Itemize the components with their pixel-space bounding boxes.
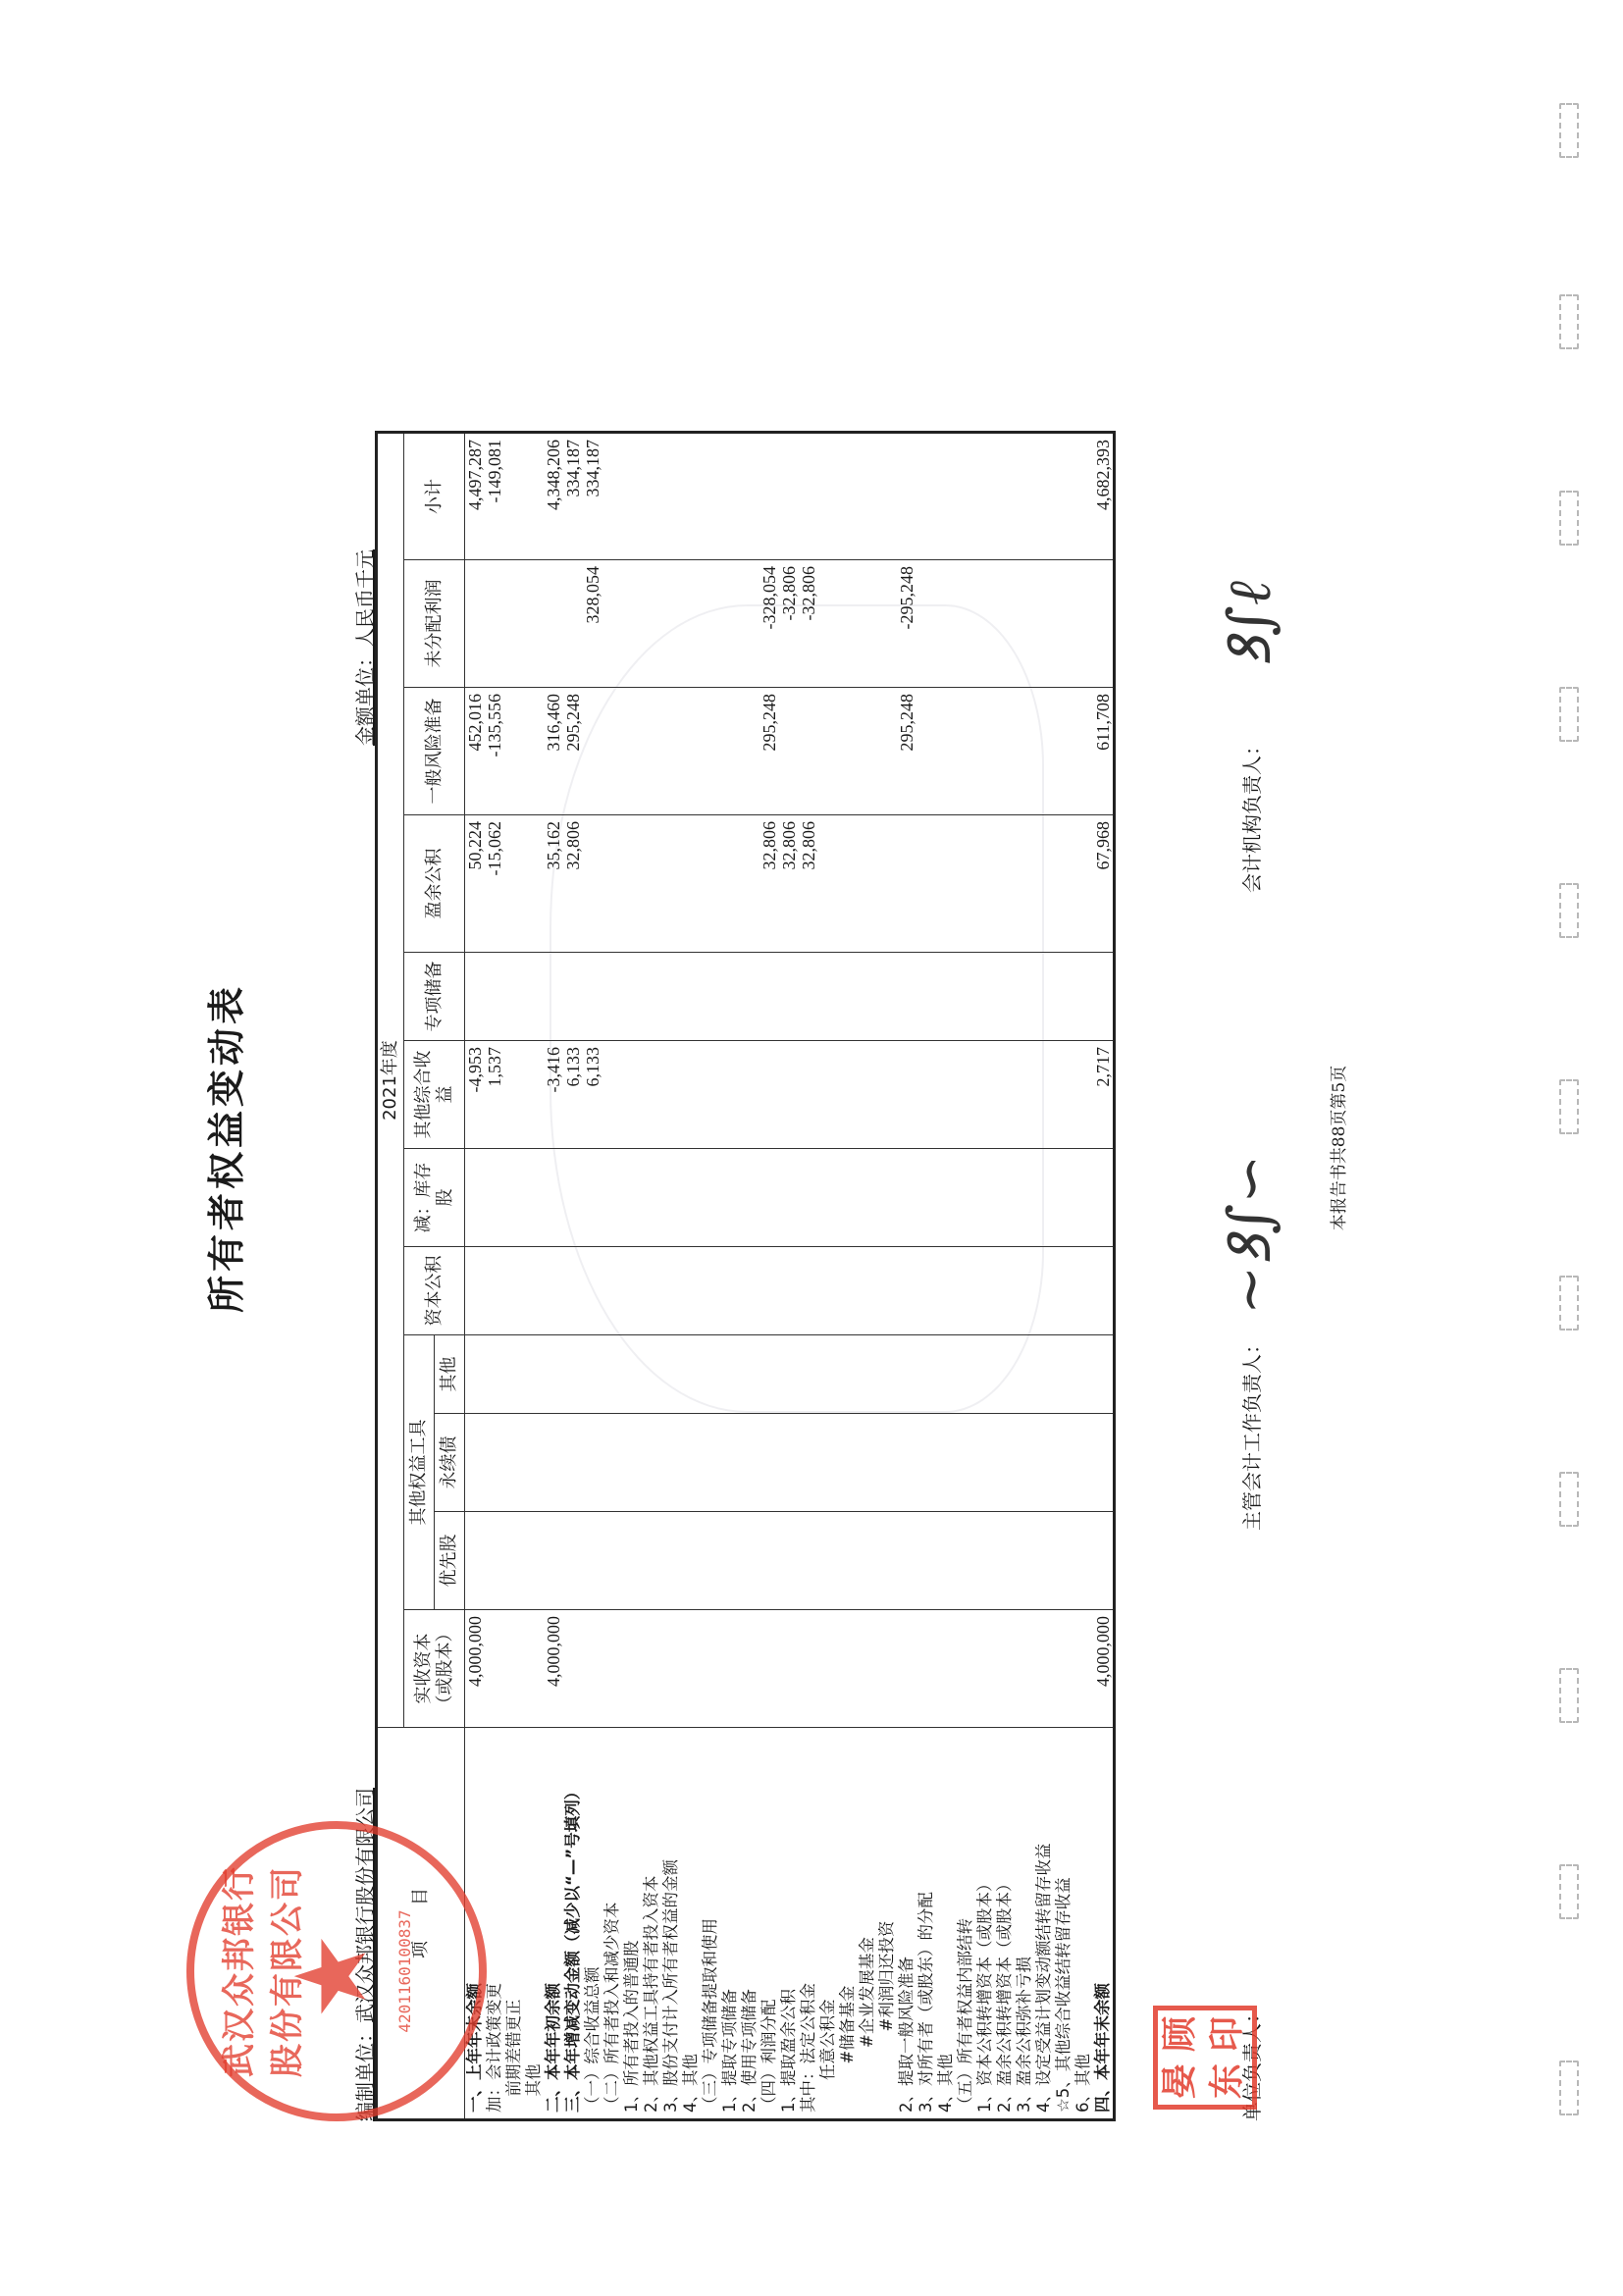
cell-oci [936, 1041, 956, 1149]
cell-treasury [759, 1149, 779, 1247]
cell-capital-reserve [1034, 1247, 1054, 1335]
cell-oci [1015, 1041, 1034, 1149]
cell-retained [1015, 560, 1034, 688]
cell-capital-reserve [799, 1247, 818, 1335]
table-row: 1、提取盈余公积32,806-32,806 [779, 433, 799, 2120]
row-label: 3、对所有者（或股东）的分配 [916, 1728, 936, 2120]
table-row: （三）专项储备提取和使用 [701, 433, 720, 2120]
row-label: 2、提取一般风险准备 [897, 1728, 916, 2120]
cell-subtotal [759, 433, 779, 560]
cell-special-reserve [661, 953, 681, 1041]
cell-subtotal [897, 433, 916, 560]
cell-other-instr [1073, 1335, 1093, 1414]
cell-special-reserve [1054, 953, 1073, 1041]
cell-preferred [779, 1512, 799, 1610]
cell-preferred [504, 1512, 524, 1610]
cell-surplus-reserve [701, 815, 720, 953]
cell-oci [701, 1041, 720, 1149]
cell-treasury [858, 1149, 877, 1247]
cell-paid-in-capital [956, 1610, 975, 1728]
table-row: 1、提取专项储备 [720, 433, 740, 2120]
cell-other-instr [701, 1335, 720, 1414]
cell-special-reserve [838, 953, 858, 1041]
cell-special-reserve [740, 953, 759, 1041]
cell-general-risk: 295,248 [897, 688, 916, 815]
cell-general-risk [661, 688, 681, 815]
cell-subtotal [779, 433, 799, 560]
cell-surplus-reserve [975, 815, 995, 953]
cell-special-reserve [858, 953, 877, 1041]
cell-general-risk [1054, 688, 1073, 815]
cell-capital-reserve [622, 1247, 642, 1335]
cell-oci [897, 1041, 916, 1149]
cell-paid-in-capital: 4,000,000 [1093, 1610, 1115, 1728]
cell-capital-reserve [897, 1247, 916, 1335]
table-row: 6、其他 [1073, 433, 1093, 2120]
cell-paid-in-capital [504, 1610, 524, 1728]
cell-surplus-reserve [858, 815, 877, 953]
cell-other-instr [504, 1335, 524, 1414]
chief-accountant-label: 主管会计工作负责人： [1240, 1334, 1264, 1531]
cell-retained [642, 560, 661, 688]
cell-general-risk [740, 688, 759, 815]
col-header-subtotal: 小计 [404, 433, 465, 560]
cell-other-instr [602, 1335, 622, 1414]
cell-general-risk: 316,460 [544, 688, 563, 815]
cell-capital-reserve [995, 1247, 1015, 1335]
cell-general-risk [681, 688, 701, 815]
cell-other-instr [877, 1335, 897, 1414]
cell-subtotal [720, 433, 740, 560]
cell-special-reserve [485, 953, 504, 1041]
cell-surplus-reserve [504, 815, 524, 953]
cell-capital-reserve [563, 1247, 583, 1335]
col-header-oci: 其他综合收益 [404, 1041, 465, 1149]
cell-treasury [701, 1149, 720, 1247]
cell-other-instr [524, 1335, 544, 1414]
cell-subtotal [1073, 433, 1093, 560]
cell-retained [602, 560, 622, 688]
cell-paid-in-capital [583, 1610, 602, 1728]
cell-perpetual [642, 1414, 661, 1512]
cell-retained [524, 560, 544, 688]
table-row: ☆5、其他综合收益结转留存收益 [1054, 433, 1073, 2120]
cell-paid-in-capital [995, 1610, 1015, 1728]
cell-special-reserve [975, 953, 995, 1041]
cell-other-instr [1054, 1335, 1073, 1414]
cell-other-instr [995, 1335, 1015, 1414]
cell-surplus-reserve [524, 815, 544, 953]
cell-surplus-reserve [1034, 815, 1054, 953]
cell-treasury [916, 1149, 936, 1247]
cell-preferred [642, 1512, 661, 1610]
cell-oci [799, 1041, 818, 1149]
row-label: 2、其他权益工具持有者投入资本 [642, 1728, 661, 2120]
row-label: 三、本年增减变动金额（减少以“—”号填列） [563, 1728, 583, 2120]
cell-paid-in-capital [858, 1610, 877, 1728]
cell-preferred [1015, 1512, 1034, 1610]
cell-capital-reserve [681, 1247, 701, 1335]
cell-oci: 6,133 [583, 1041, 602, 1149]
table-row: 二、本年年初余额4,000,000-3,41635,162316,4604,34… [544, 433, 563, 2120]
cell-paid-in-capital [838, 1610, 858, 1728]
cell-special-reserve [504, 953, 524, 1041]
cell-general-risk [602, 688, 622, 815]
cell-retained [877, 560, 897, 688]
cell-special-reserve [779, 953, 799, 1041]
row-label: #储备基金 [838, 1728, 858, 2120]
cell-general-risk: 611,708 [1093, 688, 1115, 815]
cell-paid-in-capital [661, 1610, 681, 1728]
cell-preferred [701, 1512, 720, 1610]
col-header-perpetual: 永续债 [435, 1414, 465, 1512]
cell-retained [995, 560, 1015, 688]
cell-surplus-reserve [838, 815, 858, 953]
currency-unit: 金额单位：人民币千元 [349, 549, 378, 746]
cell-preferred [916, 1512, 936, 1610]
cell-oci: -3,416 [544, 1041, 563, 1149]
table-row: 其他 [524, 433, 544, 2120]
cell-perpetual [759, 1414, 779, 1512]
cell-paid-in-capital [1073, 1610, 1093, 1728]
col-header-general-risk: 一般风险准备 [404, 688, 465, 815]
cell-retained [544, 560, 563, 688]
table-row: 3、对所有者（或股东）的分配 [916, 433, 936, 2120]
cell-retained [1093, 560, 1115, 688]
cell-general-risk [916, 688, 936, 815]
cell-subtotal [504, 433, 524, 560]
cell-treasury [818, 1149, 838, 1247]
cell-surplus-reserve: 67,968 [1093, 815, 1115, 953]
cell-treasury [465, 1149, 486, 1247]
row-label: 四、本年年末余额 [1093, 1728, 1115, 2120]
cell-paid-in-capital [485, 1610, 504, 1728]
cell-treasury [779, 1149, 799, 1247]
cell-oci [995, 1041, 1015, 1149]
cell-general-risk: 295,248 [563, 688, 583, 815]
table-row: 1、所有者投入的普通股 [622, 433, 642, 2120]
row-label: 1、所有者投入的普通股 [622, 1728, 642, 2120]
cell-treasury [661, 1149, 681, 1247]
cell-paid-in-capital [524, 1610, 544, 1728]
table-row: 4、其他 [936, 433, 956, 2120]
cell-capital-reserve [916, 1247, 936, 1335]
cell-other-instr [465, 1335, 486, 1414]
unit-value: 人民币千元 [353, 549, 377, 648]
cell-surplus-reserve [661, 815, 681, 953]
cell-oci [1073, 1041, 1093, 1149]
cell-other-instr [642, 1335, 661, 1414]
cell-surplus-reserve: 32,806 [759, 815, 779, 953]
cell-perpetual [858, 1414, 877, 1512]
cell-other-instr [622, 1335, 642, 1414]
period-header: 2021年度 [377, 433, 404, 1728]
cell-special-reserve [897, 953, 916, 1041]
row-label: 任意公积金 [818, 1728, 838, 2120]
cell-capital-reserve [818, 1247, 838, 1335]
cell-perpetual [465, 1414, 486, 1512]
cell-oci: 1,537 [485, 1041, 504, 1149]
seal-char: 晏 [1158, 2058, 1205, 2105]
table-row: 2、提取一般风险准备295,248-295,248 [897, 433, 916, 2120]
cell-other-instr [838, 1335, 858, 1414]
row-label: #企业发展基金 [858, 1728, 877, 2120]
row-label: 1、资本公积转增资本（或股本） [975, 1728, 995, 2120]
cell-preferred [1073, 1512, 1093, 1610]
cell-preferred [583, 1512, 602, 1610]
cell-general-risk [818, 688, 838, 815]
cell-special-reserve [642, 953, 661, 1041]
row-label: 加：会计政策变更 [485, 1728, 504, 2120]
col-header-preferred: 优先股 [435, 1512, 465, 1610]
cell-paid-in-capital [975, 1610, 995, 1728]
cell-perpetual [504, 1414, 524, 1512]
cell-other-instr [1093, 1335, 1115, 1414]
cell-subtotal [916, 433, 936, 560]
cell-oci [504, 1041, 524, 1149]
table-row: 任意公积金 [818, 433, 838, 2120]
cell-special-reserve [956, 953, 975, 1041]
row-label: （一）综合收益总额 [583, 1728, 602, 2120]
cell-oci [818, 1041, 838, 1149]
cell-perpetual [583, 1414, 602, 1512]
cell-capital-reserve [504, 1247, 524, 1335]
row-label: 6、其他 [1073, 1728, 1093, 2120]
cell-special-reserve [1015, 953, 1034, 1041]
row-label: 二、本年年初余额 [544, 1728, 563, 2120]
cell-treasury [897, 1149, 916, 1247]
cell-retained [858, 560, 877, 688]
table-row: 四、本年年末余额4,000,0002,71767,968611,7084,682… [1093, 433, 1115, 2120]
cell-preferred [877, 1512, 897, 1610]
cell-paid-in-capital [720, 1610, 740, 1728]
cell-general-risk [975, 688, 995, 815]
cell-oci [975, 1041, 995, 1149]
cell-special-reserve [701, 953, 720, 1041]
cell-capital-reserve [583, 1247, 602, 1335]
cell-retained [975, 560, 995, 688]
row-label: 1、提取盈余公积 [779, 1728, 799, 2120]
cell-perpetual [799, 1414, 818, 1512]
cell-oci [661, 1041, 681, 1149]
cell-subtotal [1034, 433, 1054, 560]
cell-other-instr [759, 1335, 779, 1414]
cell-surplus-reserve [916, 815, 936, 953]
cell-surplus-reserve [818, 815, 838, 953]
cell-perpetual [1073, 1414, 1093, 1512]
row-label: 1、提取专项储备 [720, 1728, 740, 2120]
cell-general-risk [956, 688, 975, 815]
cell-general-risk [1015, 688, 1034, 815]
cell-general-risk [799, 688, 818, 815]
cell-paid-in-capital [877, 1610, 897, 1728]
cell-subtotal [877, 433, 897, 560]
cell-paid-in-capital [759, 1610, 779, 1728]
cell-paid-in-capital [740, 1610, 759, 1728]
cell-surplus-reserve [720, 815, 740, 953]
seal-char: 东 [1205, 2058, 1252, 2105]
table-row: #储备基金 [838, 433, 858, 2120]
cell-subtotal [995, 433, 1015, 560]
cell-perpetual [975, 1414, 995, 1512]
equity-changes-table: 项 目 2021年度 实收资本（或股本） 其他权益工具 资本公积 减：库存股 其… [375, 431, 1116, 2121]
cell-subtotal [818, 433, 838, 560]
cell-subtotal [975, 433, 995, 560]
cell-special-reserve [524, 953, 544, 1041]
cell-special-reserve [544, 953, 563, 1041]
cell-special-reserve [681, 953, 701, 1041]
cell-surplus-reserve [956, 815, 975, 953]
col-header-treasury-stock: 减：库存股 [404, 1149, 465, 1247]
cell-general-risk [838, 688, 858, 815]
table-row: #利润归还投资 [877, 433, 897, 2120]
cell-paid-in-capital [701, 1610, 720, 1728]
cell-special-reserve [818, 953, 838, 1041]
row-label: 3、股份支付计入所有者权益的金额 [661, 1728, 681, 2120]
table-row: 4、设定受益计划变动额结转留存收益 [1034, 433, 1054, 2120]
cell-special-reserve [622, 953, 642, 1041]
cell-oci [524, 1041, 544, 1149]
cell-perpetual [936, 1414, 956, 1512]
row-label: 前期差错更正 [504, 1728, 524, 2120]
cell-general-risk: -135,556 [485, 688, 504, 815]
cell-other-instr [799, 1335, 818, 1414]
cell-subtotal [858, 433, 877, 560]
cell-perpetual [622, 1414, 642, 1512]
cell-special-reserve [563, 953, 583, 1041]
row-label: 4、其他 [936, 1728, 956, 2120]
cell-oci [1034, 1041, 1054, 1149]
page-footer-note: 本报告书共88页第5页 [1325, 0, 1349, 2296]
cell-surplus-reserve: -15,062 [485, 815, 504, 953]
cell-preferred [485, 1512, 504, 1610]
cell-retained [818, 560, 838, 688]
cell-paid-in-capital: 4,000,000 [544, 1610, 563, 1728]
cell-capital-reserve [936, 1247, 956, 1335]
cell-treasury [485, 1149, 504, 1247]
cell-paid-in-capital [1054, 1610, 1073, 1728]
cell-special-reserve [1073, 953, 1093, 1041]
cell-retained [740, 560, 759, 688]
cell-oci: -4,953 [465, 1041, 486, 1149]
cell-preferred [563, 1512, 583, 1610]
cell-retained [838, 560, 858, 688]
cell-paid-in-capital [897, 1610, 916, 1728]
cell-treasury [583, 1149, 602, 1247]
cell-preferred [544, 1512, 563, 1610]
cell-surplus-reserve: 32,806 [779, 815, 799, 953]
cell-preferred [838, 1512, 858, 1610]
cell-surplus-reserve: 35,162 [544, 815, 563, 953]
cell-general-risk [877, 688, 897, 815]
cell-perpetual [602, 1414, 622, 1512]
cell-preferred [524, 1512, 544, 1610]
cell-preferred [1034, 1512, 1054, 1610]
cell-capital-reserve [485, 1247, 504, 1335]
cell-surplus-reserve [1054, 815, 1073, 953]
cell-perpetual [681, 1414, 701, 1512]
cell-perpetual [818, 1414, 838, 1512]
cell-treasury [1073, 1149, 1093, 1247]
row-label: 其他 [524, 1728, 544, 2120]
cell-retained [1054, 560, 1073, 688]
cell-surplus-reserve: 50,224 [465, 815, 486, 953]
cell-general-risk [995, 688, 1015, 815]
cell-other-instr [583, 1335, 602, 1414]
cell-treasury [720, 1149, 740, 1247]
cell-preferred [995, 1512, 1015, 1610]
row-label: 2、盈余公积转增资本（或股本） [995, 1728, 1015, 2120]
cell-subtotal [838, 433, 858, 560]
cell-retained: -32,806 [779, 560, 799, 688]
cell-oci [720, 1041, 740, 1149]
cell-other-instr [858, 1335, 877, 1414]
col-header-surplus-reserve: 盈余公积 [404, 815, 465, 953]
seal-char: 印 [1205, 2010, 1252, 2058]
table-row: 前期差错更正 [504, 433, 524, 2120]
cell-special-reserve [995, 953, 1015, 1041]
cell-other-instr [485, 1335, 504, 1414]
cell-special-reserve [799, 953, 818, 1041]
cell-paid-in-capital [1034, 1610, 1054, 1728]
cell-paid-in-capital [1015, 1610, 1034, 1728]
cell-special-reserve [602, 953, 622, 1041]
cell-perpetual [838, 1414, 858, 1512]
cell-general-risk [504, 688, 524, 815]
cell-treasury [799, 1149, 818, 1247]
cell-surplus-reserve [936, 815, 956, 953]
row-label: （二）所有者投入和减少资本 [602, 1728, 622, 2120]
cell-treasury [956, 1149, 975, 1247]
cell-special-reserve [936, 953, 956, 1041]
cell-general-risk [622, 688, 642, 815]
cell-paid-in-capital [916, 1610, 936, 1728]
cell-preferred [740, 1512, 759, 1610]
seal-char: 顾 [1158, 2010, 1205, 2058]
table-row: 其中：法定公积金32,806-32,806 [799, 433, 818, 2120]
cell-capital-reserve [759, 1247, 779, 1335]
cell-other-instr [544, 1335, 563, 1414]
cell-surplus-reserve [897, 815, 916, 953]
cell-capital-reserve [465, 1247, 486, 1335]
cell-perpetual [701, 1414, 720, 1512]
accounting-dept-head-label: 会计机构负责人： [1240, 736, 1264, 893]
col-header-paid-in-capital: 实收资本（或股本） [404, 1610, 465, 1728]
cell-oci [642, 1041, 661, 1149]
cell-surplus-reserve [1015, 815, 1034, 953]
cell-treasury [1015, 1149, 1034, 1247]
cell-treasury [740, 1149, 759, 1247]
cell-retained: -295,248 [897, 560, 916, 688]
cell-treasury [838, 1149, 858, 1247]
cell-oci [740, 1041, 759, 1149]
cell-perpetual [877, 1414, 897, 1512]
cell-other-instr [1034, 1335, 1054, 1414]
cell-paid-in-capital [936, 1610, 956, 1728]
cell-perpetual [661, 1414, 681, 1512]
cell-capital-reserve [524, 1247, 544, 1335]
cell-general-risk [720, 688, 740, 815]
row-label: （三）专项储备提取和使用 [701, 1728, 720, 2120]
cell-preferred [602, 1512, 622, 1610]
cell-treasury [602, 1149, 622, 1247]
cell-paid-in-capital [779, 1610, 799, 1728]
cell-surplus-reserve [642, 815, 661, 953]
cell-other-instr [916, 1335, 936, 1414]
cell-retained [936, 560, 956, 688]
cell-other-instr [661, 1335, 681, 1414]
cell-treasury [524, 1149, 544, 1247]
